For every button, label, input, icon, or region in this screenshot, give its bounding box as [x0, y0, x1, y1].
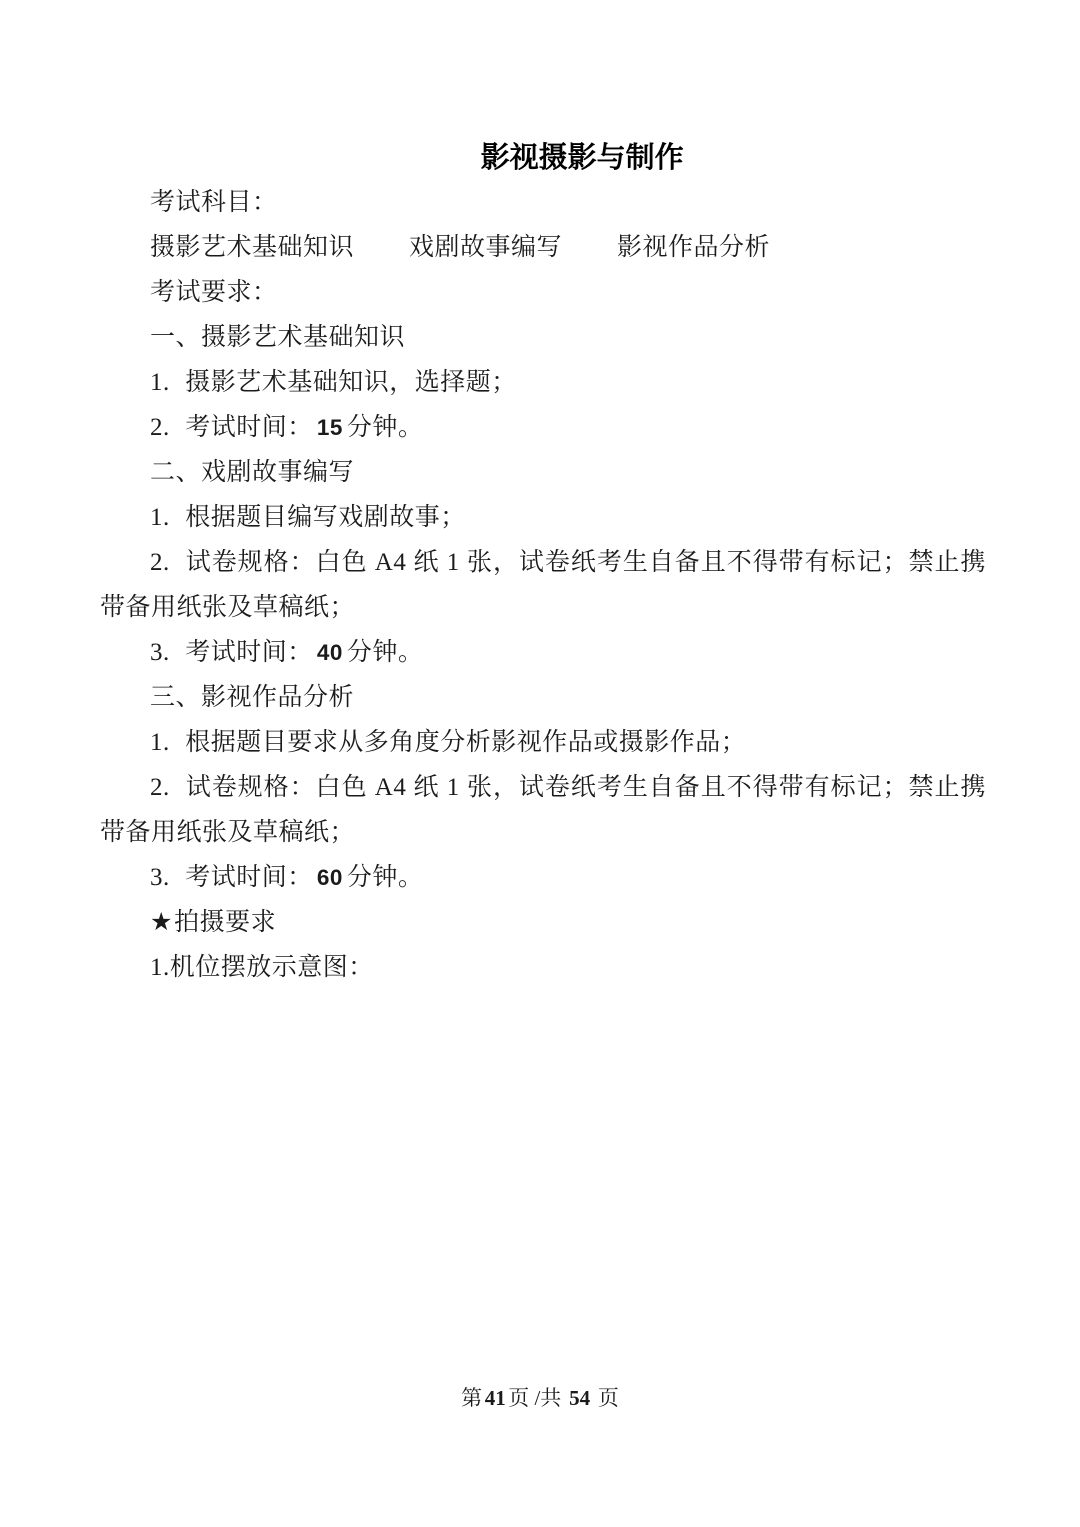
subjects-row: 摄影艺术基础知识戏剧故事编写影视作品分析: [100, 225, 986, 270]
list-item: 2.试卷规格：白色 A4 纸 1 张，试卷纸考生自备且不得带有标记；禁止携带备用…: [100, 765, 986, 855]
subject-item: 影视作品分析: [617, 234, 770, 261]
list-text: 根据题目编写戏剧故事；: [185, 504, 466, 531]
subjects-heading: 考试科目：: [100, 180, 986, 225]
exam-duration-value: 40: [317, 640, 343, 665]
shooting-heading-label: 拍摄要求: [174, 909, 276, 936]
list-number: 1.: [150, 369, 170, 396]
list-text: 摄影艺术基础知识，选择题；: [185, 369, 517, 396]
page-footer: 第41页 /共 54 页: [0, 1383, 1080, 1413]
exam-duration-value: 60: [317, 865, 343, 890]
list-item: 2.试卷规格：白色 A4 纸 1 张，试卷纸考生自备且不得带有标记；禁止携带备用…: [100, 540, 986, 630]
list-item: 1.摄影艺术基础知识，选择题；: [100, 360, 986, 405]
list-number: 1.: [150, 504, 170, 531]
exam-duration-value: 15: [317, 415, 343, 440]
subject-item: 摄影艺术基础知识: [150, 234, 354, 261]
list-text: 考试时间：: [185, 864, 313, 891]
duration-unit: 分钟。: [347, 414, 424, 441]
list-item: 1.根据题目编写戏剧故事；: [100, 495, 986, 540]
subject-item: 戏剧故事编写: [409, 234, 562, 261]
current-page-number: 41: [485, 1386, 506, 1410]
section-heading: 二、戏剧故事编写: [100, 450, 986, 495]
duration-unit: 分钟。: [347, 864, 424, 891]
list-item: 3.考试时间：40分钟。: [100, 630, 986, 675]
list-number: 2.: [150, 774, 170, 801]
footer-suffix: 页: [593, 1386, 619, 1410]
list-number: 3.: [150, 864, 170, 891]
requirements-heading: 考试要求：: [100, 270, 986, 315]
list-item: 3.考试时间：60分钟。: [100, 855, 986, 900]
list-text: 考试时间：: [185, 639, 313, 666]
diagram-caption: 1.机位摆放示意图：: [100, 945, 986, 990]
footer-prefix: 第: [461, 1386, 482, 1410]
list-text: 试卷规格：白色 A4 纸 1 张，试卷纸考生自备且不得带有标记；禁止携带备用纸张…: [100, 774, 986, 846]
document-content: 影视摄影与制作 考试科目： 摄影艺术基础知识戏剧故事编写影视作品分析 考试要求：…: [100, 136, 986, 990]
list-item: 1.根据题目要求从多角度分析影视作品或摄影作品；: [100, 720, 986, 765]
total-page-number: 54: [569, 1386, 590, 1410]
document-page: 影视摄影与制作 考试科目： 摄影艺术基础知识戏剧故事编写影视作品分析 考试要求：…: [0, 0, 1080, 1527]
duration-unit: 分钟。: [347, 639, 424, 666]
list-number: 1.: [150, 729, 170, 756]
section-heading: 三、影视作品分析: [100, 675, 986, 720]
page-title: 影视摄影与制作: [100, 136, 986, 180]
list-text: 试卷规格：白色 A4 纸 1 张，试卷纸考生自备且不得带有标记；禁止携带备用纸张…: [100, 549, 986, 621]
footer-middle: 页 /共: [508, 1386, 566, 1410]
shooting-requirements-heading: ★拍摄要求: [100, 900, 986, 945]
list-number: 2.: [150, 549, 170, 576]
list-item: 2.考试时间：15分钟。: [100, 405, 986, 450]
list-text: 根据题目要求从多角度分析影视作品或摄影作品；: [185, 729, 746, 756]
list-text: 考试时间：: [185, 414, 313, 441]
list-number: 2.: [150, 414, 170, 441]
list-number: 3.: [150, 639, 170, 666]
star-icon: ★: [150, 909, 173, 936]
section-heading: 一、摄影艺术基础知识: [100, 315, 986, 360]
